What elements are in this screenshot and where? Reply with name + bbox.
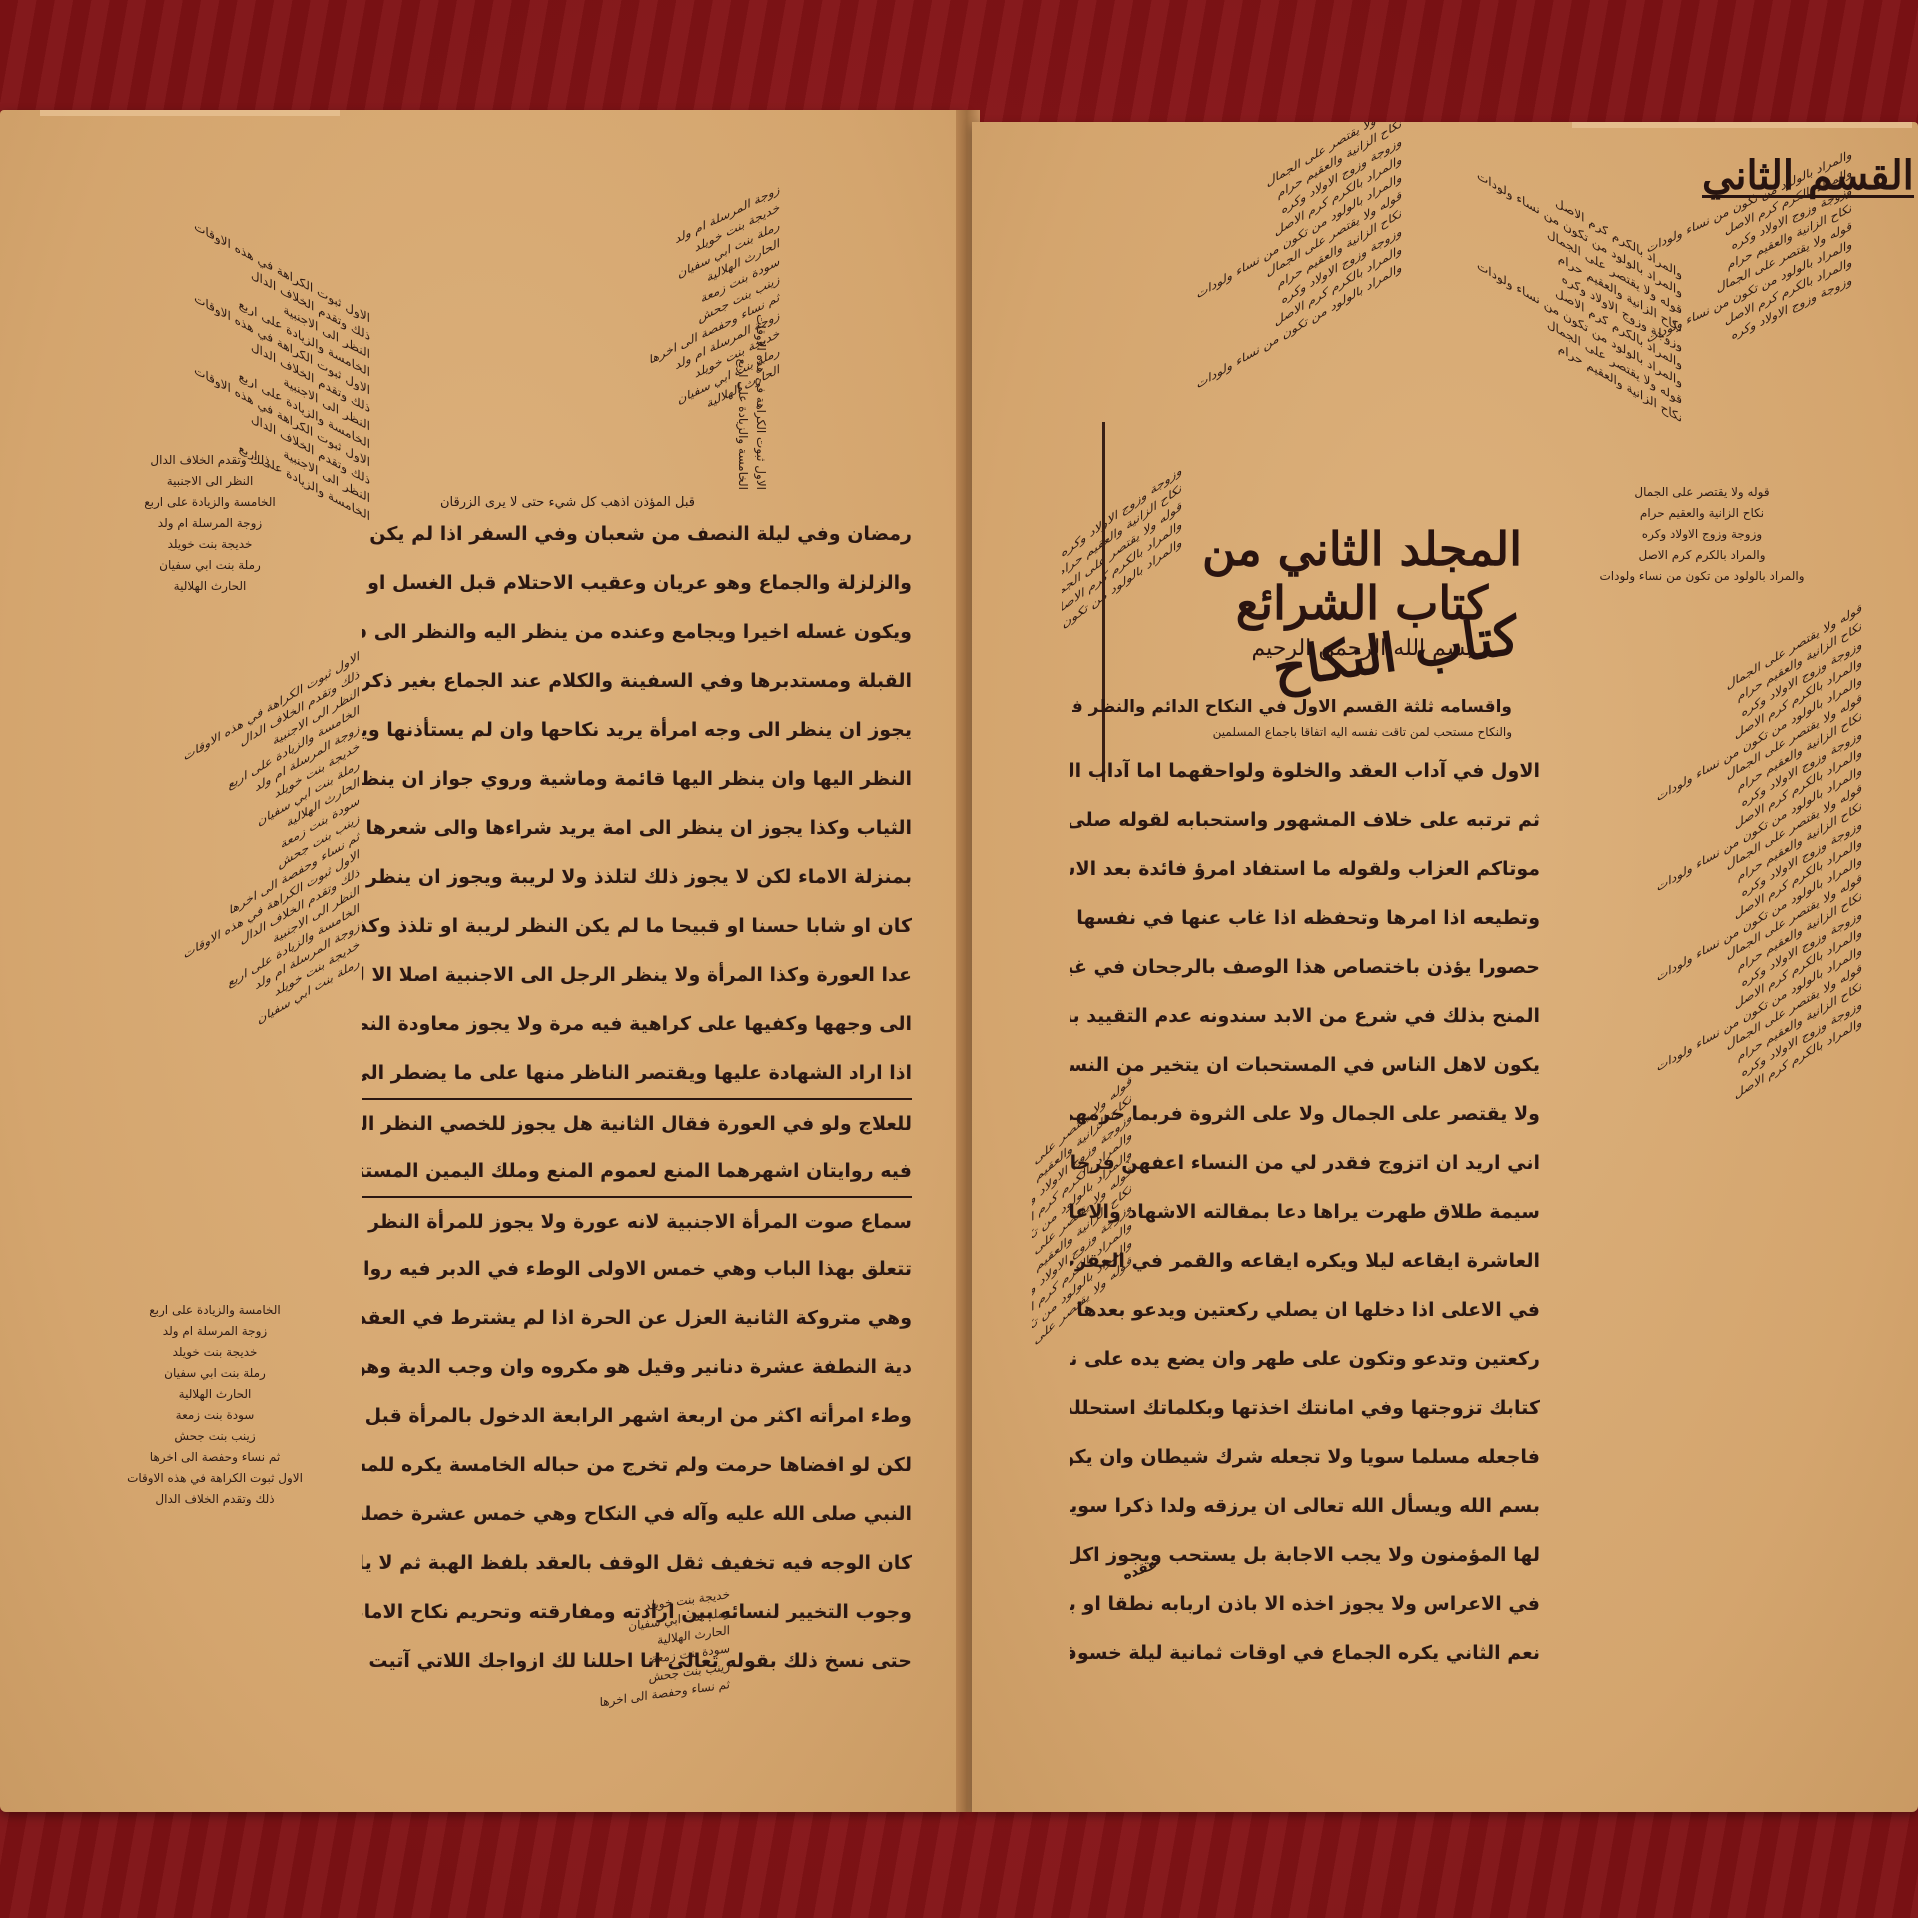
text-line: الى وجهها وكفيها على كراهية فيه مرة ولا … <box>362 1000 912 1049</box>
text-line: حصورا يؤذن باختصاص هذا الوصف بالرجحان في… <box>1070 943 1540 992</box>
text-line: اني اريد ان اتزوج فقدر لي من النساء اعفه… <box>1070 1139 1540 1188</box>
text-line: رمضان وفي ليلة النصف من شعبان وفي السفر … <box>362 510 912 559</box>
left-page: الاول ثبوت الكراهة في هذه الاوقات ذلك وت… <box>0 110 966 1812</box>
left-main-text: رمضان وفي ليلة النصف من شعبان وفي السفر … <box>362 510 912 1686</box>
text-line: موتاكم العزاب ولقوله ما استفاد امرؤ فائد… <box>1070 845 1540 894</box>
margin-gloss-right-list: قوله ولا يقتصر على الجمال نكاح الزانية و… <box>1572 482 1832 652</box>
margin-gloss-right-diagonal: قوله ولا يقتصر على الجمال نكاح الزانية و… <box>1572 598 1862 1385</box>
text-line: القبلة ومستدبرها وفي السفينة والكلام عند… <box>362 657 912 706</box>
text-line: بمنزلة الاماء لكن لا يجوز ذلك لتلذذ ولا … <box>362 853 912 902</box>
text-line: ويكون غسله اخيرا ويجامع وعنده من ينظر ال… <box>362 608 912 657</box>
top-note: قبل المؤذن اذهب كل شيء حتى لا يرى الزرقا… <box>440 495 695 510</box>
text-line: فيه روايتان اشهرهما المنع لعموم المنع وم… <box>362 1147 912 1196</box>
text-line: بسم الله ويسأل الله تعالى ان يرزقه ولدا … <box>1070 1482 1540 1531</box>
text-line: كان الوجه فيه تخفيف ثقل الوقف بالعقد بلف… <box>362 1539 912 1588</box>
text-line: المنح بذلك في شرع من الابد سندونه عدم ال… <box>1070 992 1540 1041</box>
text-line: في الاعلى اذا دخلها ان يصلي ركعتين ويدعو… <box>1070 1286 1540 1335</box>
text-line: للعلاج ولو في العورة فقال الثانية هل يجو… <box>362 1098 912 1147</box>
text-line: وتطيعه اذا امرها وتحفظه اذا غاب عنها في … <box>1070 894 1540 943</box>
text-line: كتابك تزوجتها وفي امانتك اخذتها وبكلماتك… <box>1070 1384 1540 1433</box>
right-main-text: الاول في آداب العقد والخلوة ولواحقهما ام… <box>1070 747 1540 1678</box>
margin-gloss-vertical-right: الاول ثبوت الكراهة في هذه الاوقات الخامس… <box>730 190 770 490</box>
text-line: سيمة طلاق طهرت يراها دعا بمقالته الاشهاد… <box>1070 1188 1540 1237</box>
text-line: دية النطفة عشرة دنانير وقيل هو مكروه وان… <box>362 1343 912 1392</box>
text-line: الاول في آداب العقد والخلوة ولواحقهما ام… <box>1070 747 1540 796</box>
intro-line: واقسامه ثلثة القسم الاول في النكاح الدائ… <box>1072 697 1512 717</box>
text-line: عدا العورة وكذا المرأة ولا ينظر الرجل ال… <box>362 951 912 1000</box>
margin-gloss-left-list: ذلك وتقدم الخلاف الدال النظر الى الاجنبي… <box>80 450 340 710</box>
page-edge <box>40 110 340 116</box>
text-line: ولا يقتصر على الجمال ولا على الثروة فربم… <box>1070 1090 1540 1139</box>
text-line: العاشرة ايقاعه ليلا ويكره ايقاعه والقمر … <box>1070 1237 1540 1286</box>
margin-gloss-right-upper: والمراد بالولود من تكون من نساء ولودات و… <box>1562 144 1852 539</box>
text-line: النبي صلى الله عليه وآله في النكاح وهي خ… <box>362 1490 912 1539</box>
text-line: يجوز ان ينظر الى وجه امرأة يريد نكاحها و… <box>362 706 912 755</box>
page-edge <box>1572 122 1912 128</box>
text-line: وطء امرأته اكثر من اربعة اشهر الرابعة ال… <box>362 1392 912 1441</box>
margin-gloss-left-lower: الخامسة والزيادة على اربع زوجة المرسلة ا… <box>70 1300 360 1600</box>
text-line: ثم ترتبه على خلاف المشهور واستحبابه لقول… <box>1070 796 1540 845</box>
text-line: فاجعله مسلما سويا ولا تجعله شرك شيطان وا… <box>1070 1433 1540 1482</box>
text-line: في الاعراس ولا يجوز اخذه الا باذن اربابه… <box>1070 1580 1540 1629</box>
text-line: ركعتين وتدعو وتكون على طهر وان يضع يده ع… <box>1070 1335 1540 1384</box>
text-line: كان او شابا حسنا او قبيحا ما لم يكن النظ… <box>362 902 912 951</box>
text-line: لها المؤمنون ولا يجب الاجابة بل يستحب وي… <box>1070 1531 1540 1580</box>
text-line: وهي متروكة الثانية العزل عن الحرة اذا لم… <box>362 1294 912 1343</box>
interlinear-note: والنكاح مستحب لمن تاقت نفسه اليه اتفاقا … <box>1072 725 1512 739</box>
text-line: نعم الثاني يكره الجماع في اوقات ثمانية ل… <box>1070 1629 1540 1678</box>
text-line: النظر اليها وان ينظر اليها قائمة وماشية … <box>362 755 912 804</box>
margin-gloss-left-diagonal: الاول ثبوت الكراهة في هذه الاوقات ذلك وت… <box>70 646 360 1313</box>
text-line: تتعلق بهذا الباب وهي خمس الاولى الوطء في… <box>362 1245 912 1294</box>
open-book: الاول ثبوت الكراهة في هذه الاوقات ذلك وت… <box>0 0 1918 1918</box>
text-line: وجوب التخيير لنسائه بين ارادته ومفارقته … <box>362 1588 912 1637</box>
text-line: حتى نسخ ذلك بقوله تعالى انا احللنا لك از… <box>362 1637 912 1686</box>
text-line: سماع صوت المرأة الاجنبية لانه عورة ولا ي… <box>362 1196 912 1245</box>
text-line: لكن لو افضاها حرمت ولم تخرج من حباله الخ… <box>362 1441 912 1490</box>
text-line: اذا اراد الشهادة عليها ويقتصر الناظر منه… <box>362 1049 912 1098</box>
text-line: الثياب وكذا يجوز ان ينظر الى امة يريد شر… <box>362 804 912 853</box>
text-line: يكون لاهل الناس في المستحبات ان يتخير من… <box>1070 1041 1540 1090</box>
right-page: القسم الثاني قوله ولا يقتصر على الجمال ن… <box>972 122 1918 1812</box>
text-line: والزلزلة والجماع وهو عريان وعقيب الاحتلا… <box>362 559 912 608</box>
